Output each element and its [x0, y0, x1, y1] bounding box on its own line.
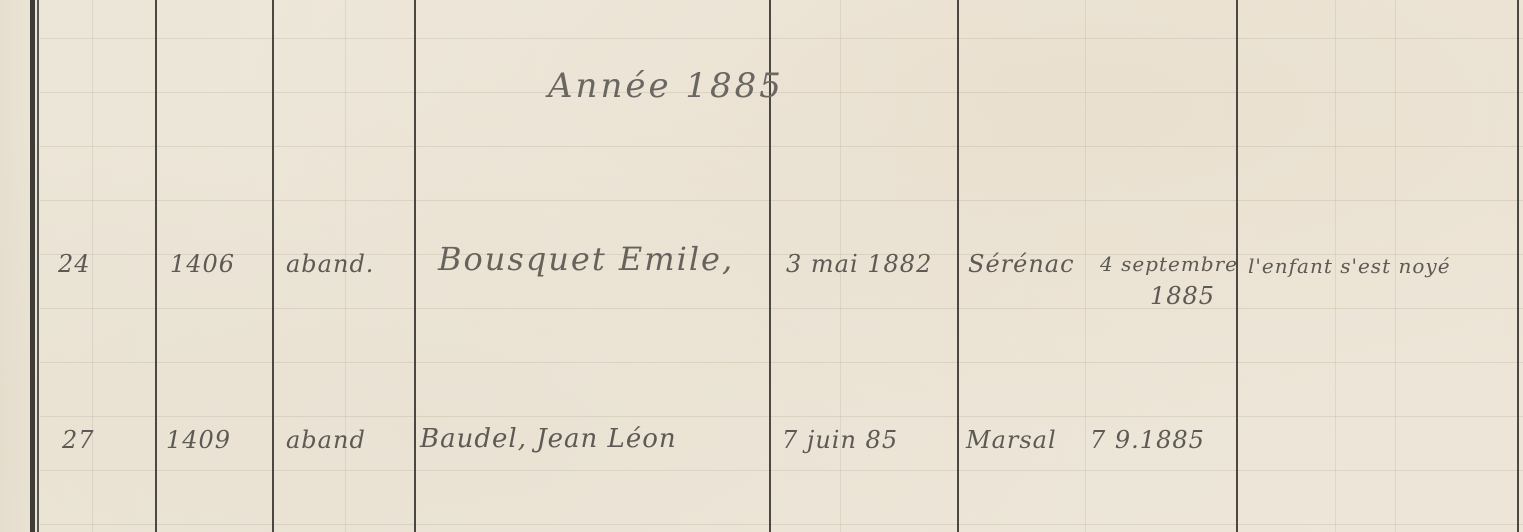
order-number: 24	[58, 250, 91, 278]
register-number: 1406	[170, 250, 235, 278]
child-name: Baudel, Jean Léon	[420, 424, 677, 454]
placement-year: 1885	[1150, 282, 1215, 310]
ruling-line	[40, 308, 1523, 309]
register-page: Année 1885 24 1406 aband. Bousquet Emile…	[0, 0, 1523, 532]
column-divider	[414, 0, 416, 532]
status: aband	[286, 426, 366, 454]
child-name: Bousquet Emile,	[438, 240, 734, 278]
birth-date: 7 juin 85	[782, 426, 898, 454]
status: aband.	[286, 250, 374, 278]
margin-border-inner	[37, 0, 39, 532]
sub-ruling	[1085, 0, 1086, 532]
ruling-line	[40, 416, 1523, 417]
register-number: 1409	[166, 426, 231, 454]
ruling-line	[40, 362, 1523, 363]
column-divider	[272, 0, 274, 532]
placement-place: Marsal	[966, 426, 1057, 454]
placement-date: 4 septembre	[1100, 252, 1238, 276]
column-divider	[155, 0, 157, 532]
birth-date: 3 mai 1882	[786, 250, 932, 278]
ruling-line	[40, 38, 1523, 39]
ruling-line	[40, 470, 1523, 471]
column-divider	[957, 0, 959, 532]
ruling-line	[40, 146, 1523, 147]
column-divider	[1517, 0, 1519, 532]
order-number: 27	[62, 426, 95, 454]
margin-border-thick	[30, 0, 35, 532]
ruling-line	[40, 200, 1523, 201]
placement-date: 7 9.1885	[1090, 426, 1205, 454]
year-heading: Année 1885	[548, 66, 784, 106]
observations: l'enfant s'est noyé	[1248, 254, 1451, 278]
ruling-line	[40, 524, 1523, 525]
placement-place: Sérénac	[968, 250, 1075, 278]
